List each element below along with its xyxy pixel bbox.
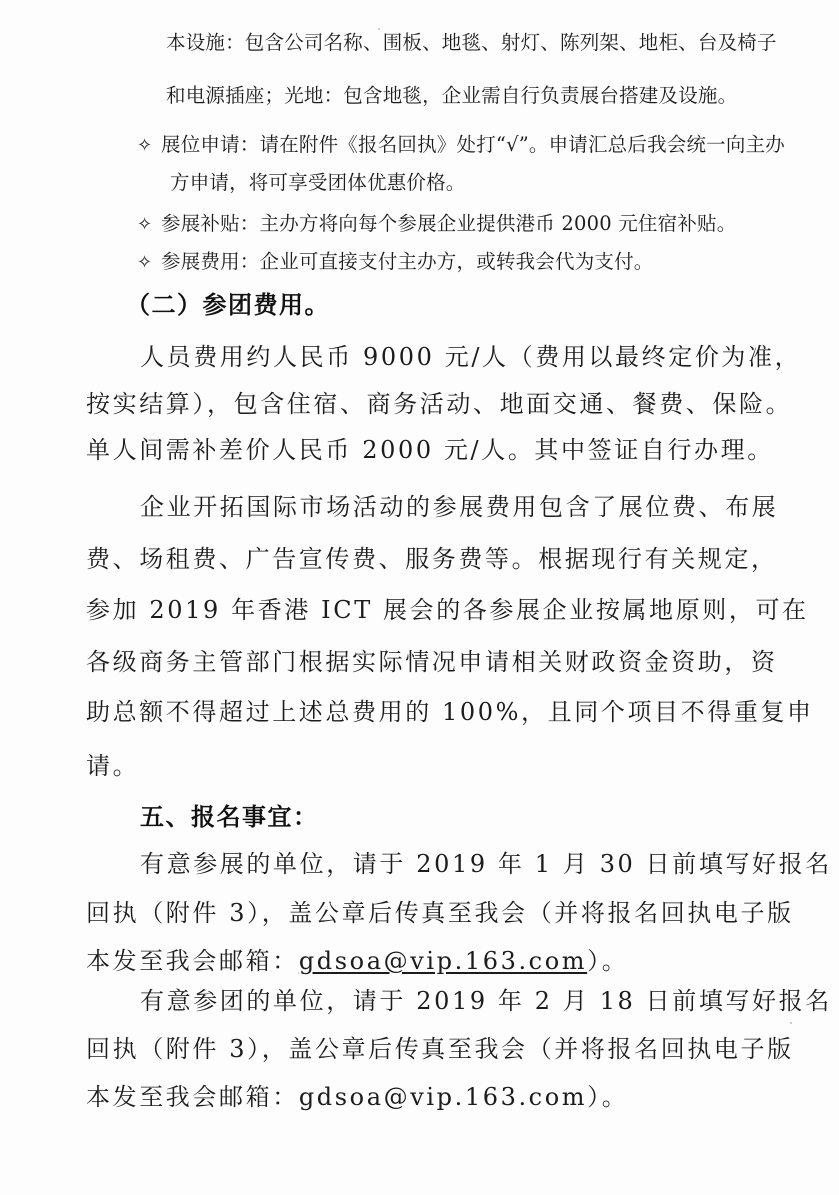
bullet-item-booth-application: ✧展位申请：请在附件《报名回执》处打“√”。申请汇总后我会统一向主办 [137,135,785,155]
bullet-text-continuation: 方申请，将可享受团体优惠价格。 [170,173,466,193]
email-text: gdsoa@vip.163.com [299,1083,587,1111]
scan-speck [378,28,380,30]
bullet-item-fees: ✧参展费用：企业可直接支付主办方，或转我会代为支付。 [137,252,654,272]
paragraph-line: 有意参团的单位，请于 2019 年 2 月 18 日前填写好报名 [140,989,832,1013]
paragraph-line: 请。 [86,754,139,778]
bullet-text: 展位申请：请在附件《报名回执》处打“√”。申请汇总后我会统一向主办 [161,133,785,156]
email-prefix: 本发至我会邮箱： [86,947,299,975]
paragraph-line: 按实结算），包含住宿、商务活动、地面交通、餐费、保险。 [86,392,792,416]
paragraph-line: 企业开拓国际市场活动的参展费用包含了展位费、布展 [140,495,778,519]
diamond-star-icon: ✧ [137,137,161,155]
email-prefix: 本发至我会邮箱： [86,1083,299,1111]
email-suffix: ）。 [587,1083,628,1111]
paragraph-line: 有意参展的单位，请于 2019 年 1 月 30 日前填写好报名 [140,852,832,876]
scan-speck [790,1022,792,1024]
paragraph-line: 各级商务主管部门根据实际情况申请相关财政资金资助，资 [86,650,778,674]
section-heading-registration: 五、报名事宜： [140,805,319,829]
paragraph-line: 费、场租费、广告宣传费、服务费等。根据现行有关规定， [86,547,778,571]
paragraph-line: 回执（附件 3），盖公章后传真至我会（并将报名回执电子版 [86,901,794,925]
paragraph-line: 参加 2019 年香港 ICT 展会的各参展企业按属地原则，可在 [86,598,809,622]
paragraph-line-email: 本发至我会邮箱：gdsoa@vip.163.com）。 [86,1085,628,1109]
facilities-text-line2: 和电源插座；光地：包含地毯，企业需自行负责展台搭建及设施。 [166,86,737,106]
email-suffix: ）。 [587,947,628,975]
bullet-text: 参展费用：企业可直接支付主办方，或转我会代为支付。 [161,250,654,273]
email-link[interactable]: gdsoa@vip.163.com [299,947,587,975]
bullet-item-subsidy: ✧参展补贴：主办方将向每个参展企业提供港币 2000 元住宿补贴。 [137,214,736,234]
paragraph-line: 回执（附件 3），盖公章后传真至我会（并将报名回执电子版 [86,1037,794,1061]
bullet-text: 参展补贴：主办方将向每个参展企业提供港币 2000 元住宿补贴。 [161,212,736,235]
paragraph-line: 助总额不得超过上述总费用的 100%，且同个项目不得重复申 [86,700,814,724]
paragraph-line: 单人间需补差价人民币 2000 元/人。其中签证自行办理。 [86,438,774,462]
paragraph-line-email: 本发至我会邮箱：gdsoa@vip.163.com）。 [86,949,628,973]
paragraph-line: 人员费用约人民币 9000 元/人（费用以最终定价为准， [140,345,801,369]
section-heading-group-fees: （二）参团费用。 [126,293,330,317]
diamond-star-icon: ✧ [137,216,161,234]
diamond-star-icon: ✧ [137,254,161,272]
facilities-text-line1: 本设施：包含公司名称、围板、地毯、射灯、陈列架、地柜、台及椅子 [166,33,777,53]
